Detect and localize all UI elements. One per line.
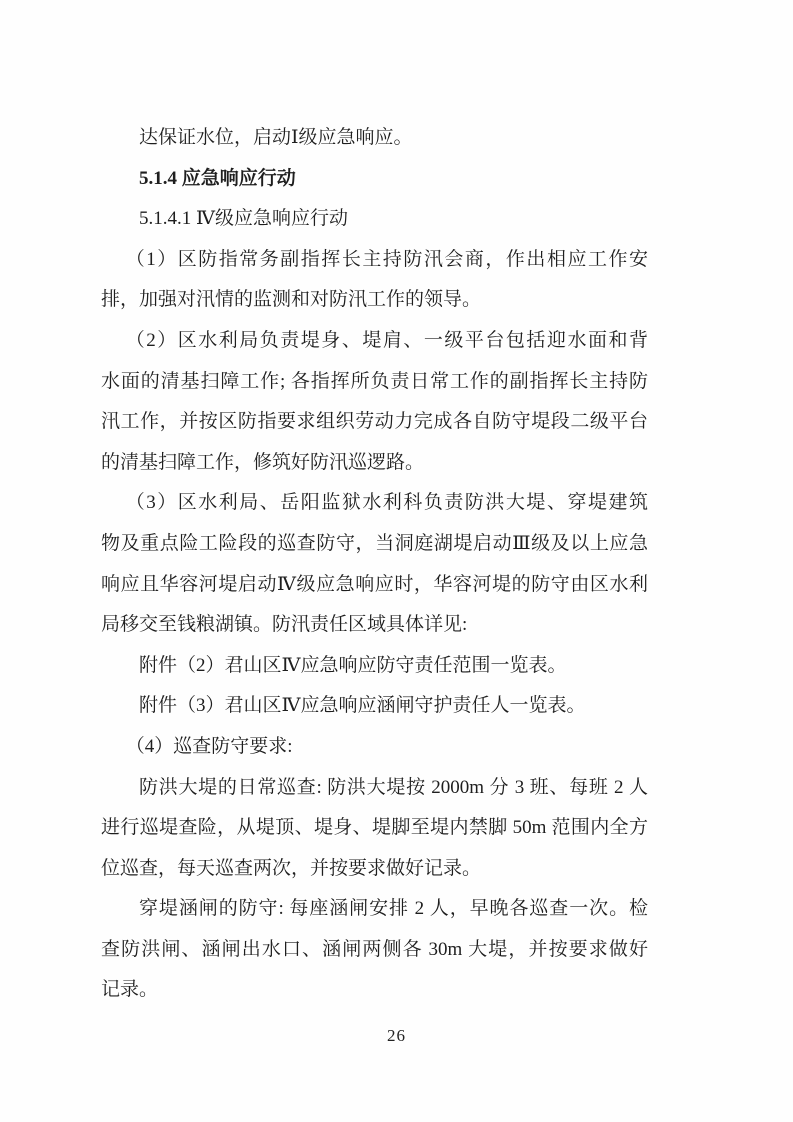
paragraph: 穿堤涵闸的防守: 每座涵闸安排 2 人，早晚各巡查一次。检查防洪闸、涵闸出水口、… [101, 889, 648, 1011]
text-line: 记录。 [101, 970, 648, 1011]
subsection-heading: 5.1.4.1 Ⅳ级应急响应行动 [101, 199, 648, 240]
paragraph: （2）区水利局负责堤身、堤肩、一级平台包括迎水面和背水面的清基扫障工作; 各指挥… [101, 321, 648, 483]
text-line: 防洪大堤的日常巡查: 防洪大堤按 2000m 分 3 班、每班 2 人 [101, 768, 648, 809]
document-page: 达保证水位，启动Ⅰ级应急响应。5.1.4 应急响应行动5.1.4.1 Ⅳ级应急响… [0, 0, 793, 1122]
document-body: 达保证水位，启动Ⅰ级应急响应。5.1.4 应急响应行动5.1.4.1 Ⅳ级应急响… [101, 118, 648, 1011]
text-line: （4）巡查防守要求: [101, 727, 648, 768]
text-line: 附件（3）君山区Ⅳ应急响应涵闸守护责任人一览表。 [101, 686, 648, 727]
page-number: 26 [387, 1026, 406, 1045]
text-line: （2）区水利局负责堤身、堤肩、一级平台包括迎水面和背 [101, 321, 648, 362]
section-heading: 5.1.4 应急响应行动 [101, 159, 648, 200]
page-footer: 26 [0, 1026, 793, 1046]
text-line: 穿堤涵闸的防守: 每座涵闸安排 2 人，早晚各巡查一次。检 [101, 889, 648, 930]
paragraph: 达保证水位，启动Ⅰ级应急响应。 [101, 118, 648, 159]
text-line: 达保证水位，启动Ⅰ级应急响应。 [101, 118, 648, 159]
text-line: 附件（2）君山区Ⅳ应急响应防守责任范围一览表。 [101, 646, 648, 687]
text-line: 响应且华容河堤启动Ⅳ级应急响应时，华容河堤的防守由区水利 [101, 565, 648, 606]
text-line: 水面的清基扫障工作; 各指挥所负责日常工作的副指挥长主持防 [101, 362, 648, 403]
paragraph: （3）区水利局、岳阳监狱水利科负责防洪大堤、穿堤建筑物及重点险工险段的巡查防守，… [101, 483, 648, 645]
text-line: （1）区防指常务副指挥长主持防汛会商，作出相应工作安 [101, 240, 648, 281]
paragraph: 防洪大堤的日常巡查: 防洪大堤按 2000m 分 3 班、每班 2 人进行巡堤查… [101, 768, 648, 890]
text-line: 位巡查，每天巡查两次，并按要求做好记录。 [101, 849, 648, 890]
text-line: （3）区水利局、岳阳监狱水利科负责防洪大堤、穿堤建筑 [101, 483, 648, 524]
text-line: 的清基扫障工作，修筑好防汛巡逻路。 [101, 443, 648, 484]
paragraph: （4）巡查防守要求: [101, 727, 648, 768]
text-line: 5.1.4.1 Ⅳ级应急响应行动 [101, 199, 648, 240]
text-line: 进行巡堤查险，从堤顶、堤身、堤脚至堤内禁脚 50m 范围内全方 [101, 808, 648, 849]
text-line: 局移交至钱粮湖镇。防汛责任区域具体详见: [101, 605, 648, 646]
text-line: 查防洪闸、涵闸出水口、涵闸两侧各 30m 大堤，并按要求做好 [101, 930, 648, 971]
paragraph: （1）区防指常务副指挥长主持防汛会商，作出相应工作安排，加强对汛情的监测和对防汛… [101, 240, 648, 321]
paragraph: 附件（3）君山区Ⅳ应急响应涵闸守护责任人一览表。 [101, 686, 648, 727]
text-line: 排，加强对汛情的监测和对防汛工作的领导。 [101, 280, 648, 321]
text-line: 汛工作，并按区防指要求组织劳动力完成各自防守堤段二级平台 [101, 402, 648, 443]
text-line: 物及重点险工险段的巡查防守，当洞庭湖堤启动Ⅲ级及以上应急 [101, 524, 648, 565]
text-line: 5.1.4 应急响应行动 [101, 159, 648, 200]
paragraph: 附件（2）君山区Ⅳ应急响应防守责任范围一览表。 [101, 646, 648, 687]
